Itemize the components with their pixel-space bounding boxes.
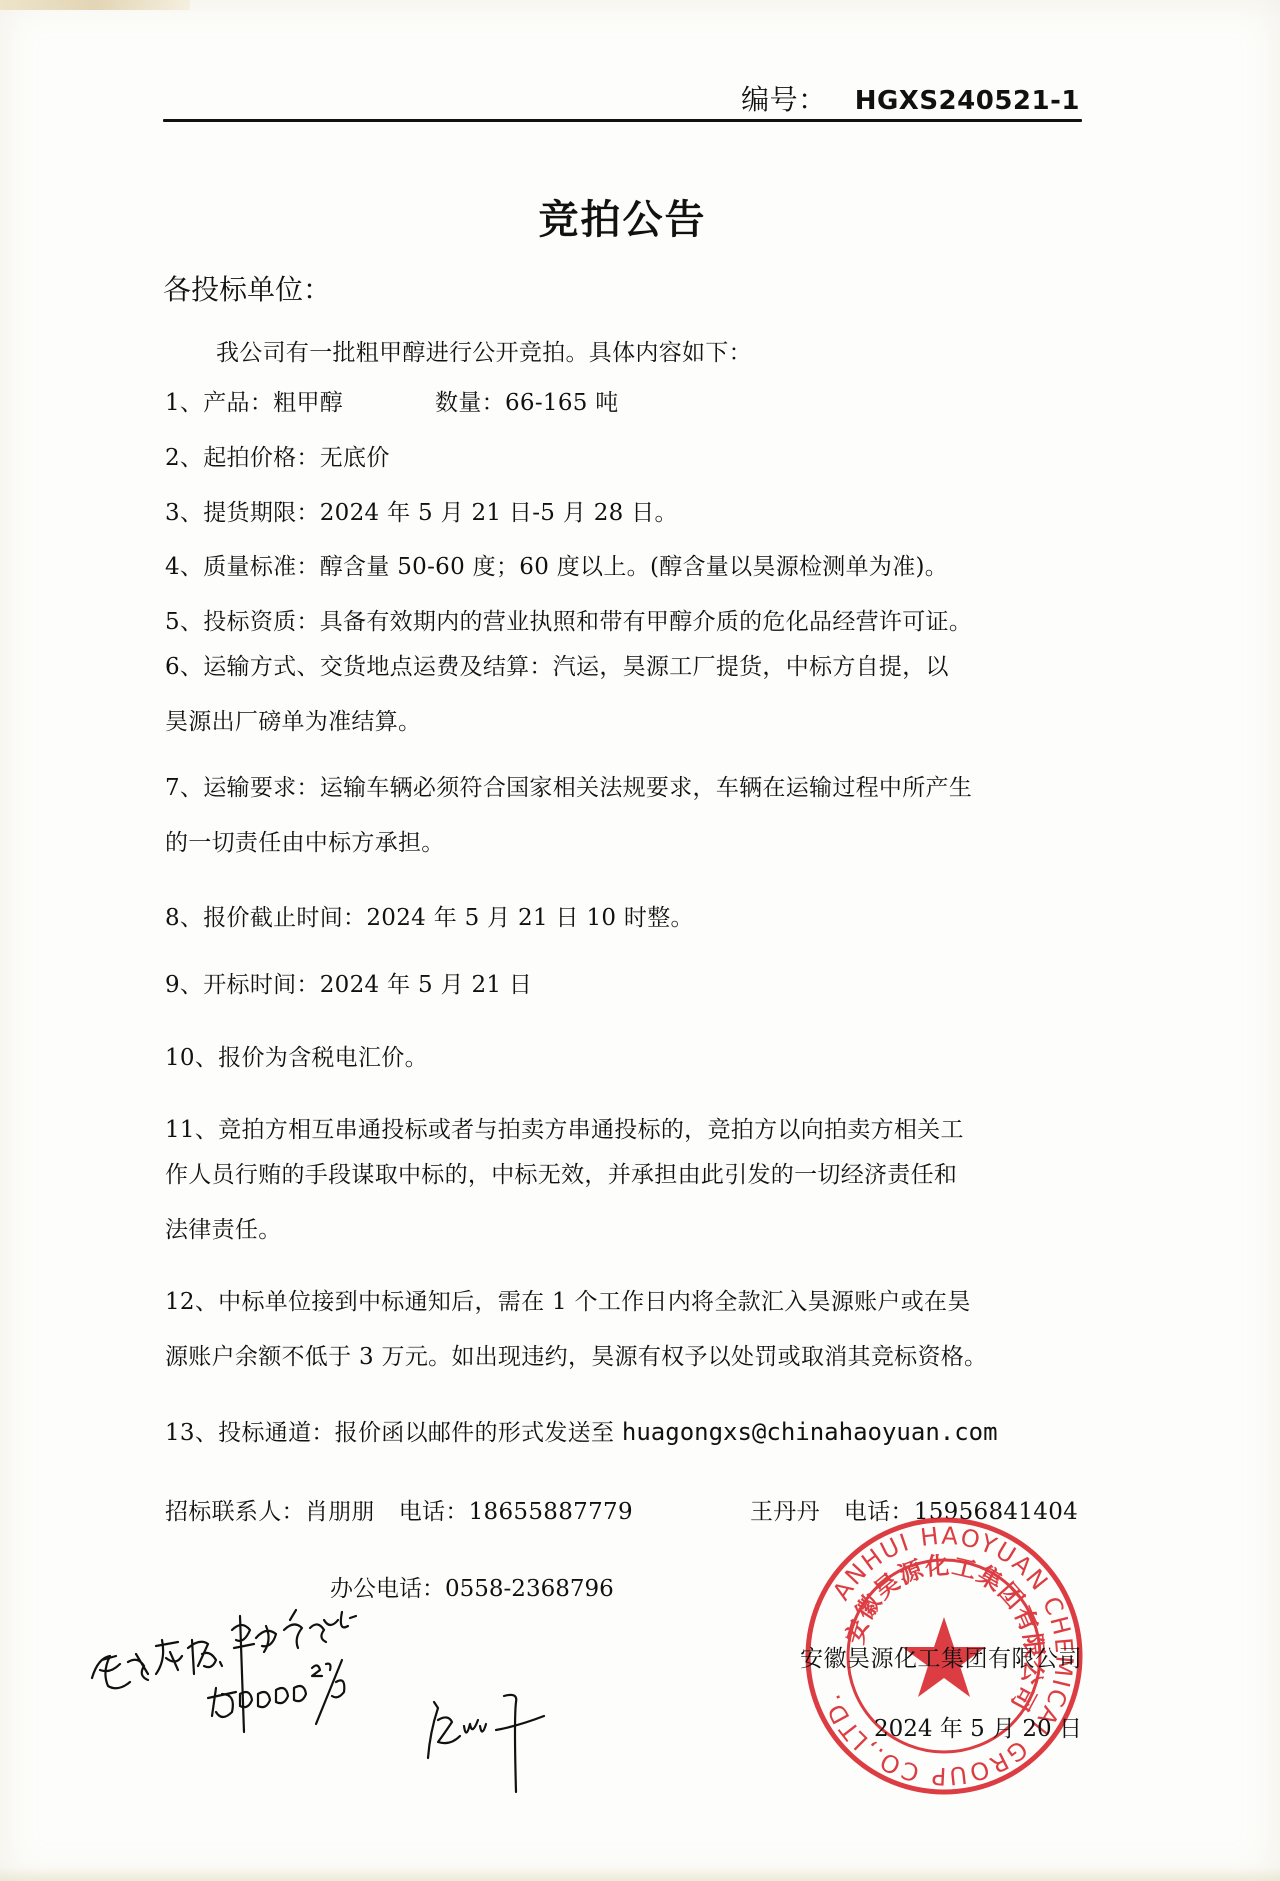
item-8: 8、报价截止时间：2024 年 5 月 21 日 10 时整。 — [165, 903, 1085, 933]
item-9: 9、开标时间：2024 年 5 月 21 日 — [165, 970, 1085, 1000]
item-10: 10、报价为含税电汇价。 — [165, 1043, 1085, 1073]
salutation: 各投标单位： — [163, 268, 331, 308]
scan-edge-top — [0, 0, 190, 10]
contact-1-phone: 18655887779 — [469, 1499, 633, 1525]
product-name: 粗甲醇 — [273, 390, 343, 416]
item-5: 5、投标资质：具备有效期内的营业执照和带有甲醇介质的危化品经营许可证。 — [165, 607, 1085, 637]
item-6: 6、运输方式、交货地点运费及结算：汽运，昊源工厂提货，中标方自提，以 — [165, 652, 1085, 682]
header-divider — [163, 119, 1082, 122]
item-4: 4、质量标准：醇含量 50-60 度；60 度以上。(醇含量以昊源检测单为准)。 — [165, 552, 1085, 582]
item-12: 12、中标单位接到中标通知后，需在 1 个工作日内将全款汇入昊源账户或在昊 — [165, 1287, 1085, 1317]
item-11-continued: 作人员行贿的手段谋取中标的，中标无效，并承担由此引发的一切经济责任和 — [165, 1160, 1085, 1190]
item-7: 7、运输要求：运输车辆必须符合国家相关法规要求，车辆在运输过程中所产生 — [165, 773, 1085, 803]
office-phone: 0558-2368796 — [445, 1576, 614, 1602]
quantity-value: 66-165 吨 — [505, 390, 619, 416]
item-2: 2、起拍价格：无底价 — [165, 443, 1085, 473]
bid-email-link[interactable]: huagongxs@chinahaoyuan.com — [622, 1418, 998, 1446]
item-11: 11、竞拍方相互串通投标或者与拍卖方串通投标的，竞拍方以向拍卖方相关工 — [165, 1115, 1085, 1145]
page-title: 竞拍公告 — [0, 188, 1245, 245]
document-number-label: 编号： — [741, 78, 827, 118]
item-1: 1、产品：粗甲醇数量：66-165 吨 — [165, 388, 1085, 418]
item-13: 13、投标通道：报价函以邮件的形式发送至 huagongxs@chinahaoy… — [165, 1417, 1085, 1448]
item-6-continued: 昊源出厂磅单为准结算。 — [165, 707, 1085, 737]
signature-icon — [420, 1690, 560, 1800]
handwritten-note-icon — [80, 1590, 400, 1780]
document-number: 编号： HGXS240521-1 — [741, 78, 1080, 118]
item-7-continued: 的一切责任由中标方承担。 — [165, 828, 1085, 858]
item-11-continued-2: 法律责任。 — [165, 1215, 1085, 1245]
contacts-label: 招标联系人： — [165, 1499, 305, 1525]
document-number-value: HGXS240521-1 — [855, 86, 1080, 116]
scan-edge-bottom — [0, 1867, 1280, 1881]
item-12-continued: 源账户余额不低于 3 万元。如出现违约，昊源有权予以处罚或取消其竞标资格。 — [165, 1342, 1085, 1372]
item-3: 3、提货期限：2024 年 5 月 21 日-5 月 28 日。 — [165, 498, 1085, 528]
signoff-company: 安徽昊源化工集团有限公司 — [800, 1640, 1082, 1673]
contact-1-name: 肖朋朋 — [305, 1499, 375, 1525]
signoff-date: 2024 年 5 月 20 日 — [874, 1710, 1082, 1743]
intro-paragraph: 我公司有一批粗甲醇进行公开竞拍。具体内容如下： — [216, 338, 1136, 368]
